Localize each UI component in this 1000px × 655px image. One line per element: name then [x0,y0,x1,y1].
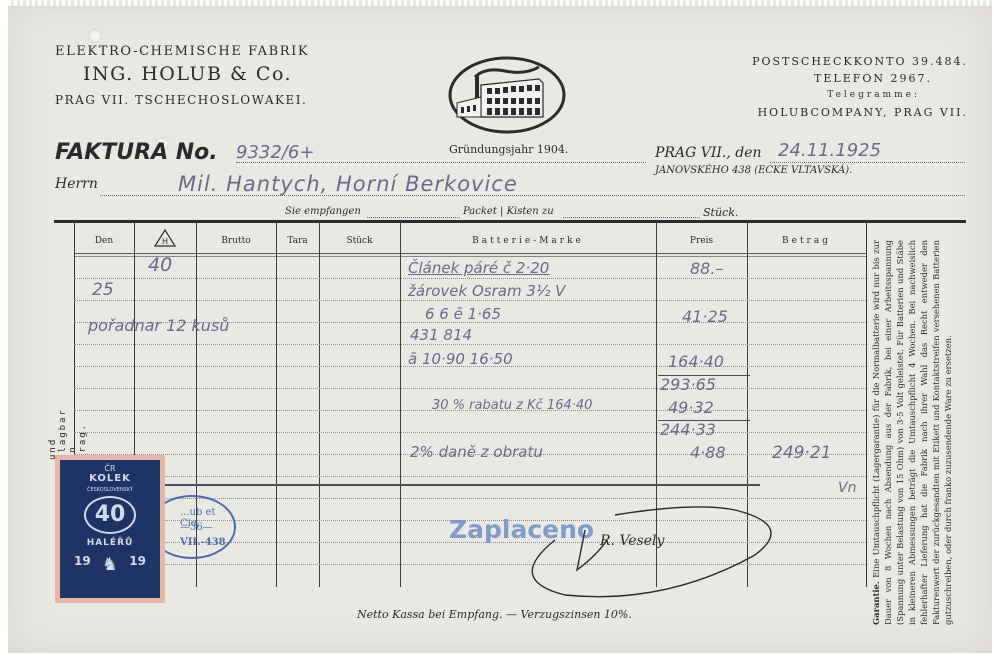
initials: Vn [838,480,856,496]
row-line [74,344,866,345]
cell-preis-after-discount: 244·33 [660,420,716,439]
header-preis: Preis [656,236,747,246]
side-legal-text: und klagbar in Prag. [48,290,68,460]
header-betrag: Betrag [747,236,866,246]
factory-building-oval-icon [447,55,567,135]
company-address: JANOVSKÉHO 438 (ECKE VLTAVSKÁ). [655,165,852,176]
cell-preis-discount: 49·32 [668,398,714,417]
invoice-title: FAKTURA No. [55,140,218,165]
place-date-label: PRAG VII., den [655,145,762,161]
dotted-line [100,195,965,196]
company-type: ELEKTRO-CHEMISCHE FABRIK [55,44,309,59]
lion-icon: ♞ [102,554,118,575]
perforated-edge [8,0,992,6]
invoice-number: 9332/6+ [236,142,314,163]
cell-preis: 164·40 [668,352,724,371]
pieces-label: Stück. [703,206,738,219]
header-batterie-marke: Batterie-Marke [400,236,656,246]
cell-marke: žárovek Osram 3½ V [408,282,565,300]
cell-note: pořadnar 12 kusů [88,316,229,335]
cell-betrag-total: 249·21 [772,443,831,463]
revenue-stamp: ČR KOLEK ČESKOSLOVENSKÝ 40 HALÉŘŮ 19 ♞ 1… [55,455,165,603]
dotted-line [367,217,460,218]
telephone: TELEFON 2967. [814,72,932,85]
cell-preis-tax: 4·88 [690,443,726,462]
table-top-rule [54,220,966,223]
signature: R. Vesely [600,533,664,549]
cell-marke: Článek páré č 2·20 [408,259,549,277]
row-line [74,432,866,433]
h-triangle-icon: H [154,229,176,247]
recipient-name: Mil. Hantych, Horní Berkovice [178,172,518,196]
cell-h-qty: 40 [148,254,172,276]
cell-marke: 6 6 ē 1·65 [425,305,501,323]
cell-discount: 30 % rabatu z Kč 164·40 [432,398,592,413]
company-location: PRAG VII. TSCHECHOSLOWAKEI. [55,93,307,107]
telegram-label: Telegramme: [827,90,920,100]
dotted-line [236,162,646,163]
invoice-date: 24.11.1925 [778,140,881,161]
postscheck-account: POSTSCHECKKONTO 39.484. [752,55,968,68]
header-brutto: Brutto [196,236,276,246]
cell-tax: 2% daně z obratu [410,443,543,461]
cell-marke: 431 814 [410,326,472,344]
dotted-line [563,217,700,218]
telegram-address: HOLUBCOMPANY, PRAG VII. [758,106,968,119]
cell-den: 25 [92,280,114,300]
header-tara: Tara [276,236,319,246]
dotted-line [770,162,965,163]
cell-preis: 41·25 [682,307,728,326]
cell-preis-subtotal: 293·65 [660,375,716,394]
row-line [74,278,866,279]
punch-hole [88,29,102,43]
payment-terms: Netto Kassa bei Empfang. — Verzugszinsen… [357,608,632,621]
packages-label: Packet | Kisten zu [463,206,554,217]
header-h-triangle: H [134,229,196,250]
cell-marke: ā 10·90 16·50 [408,350,513,368]
recipient-label: Herrn [55,176,98,192]
signature-flourish [515,500,780,600]
total-rule [160,484,760,486]
stamp-value: 40 [84,496,136,534]
company-name: ING. HOLUB & Co. [83,63,292,85]
column-divider [319,222,320,587]
founded-year: Gründungsjahr 1904. [449,143,568,156]
header-den: Den [74,236,134,246]
row-line [74,300,866,301]
received-label: Sie empfangen [285,206,361,217]
cell-preis: 88.– [690,259,723,278]
guarantee-text-block: Garantie. Eine Umtauschpflicht (Lagergar… [870,240,966,625]
row-line [74,388,866,389]
svg-text:H: H [162,237,168,246]
row-line [74,476,866,477]
header-stueck: Stück [319,236,400,246]
column-divider [400,222,401,587]
column-divider [276,222,277,587]
column-divider [866,222,867,587]
